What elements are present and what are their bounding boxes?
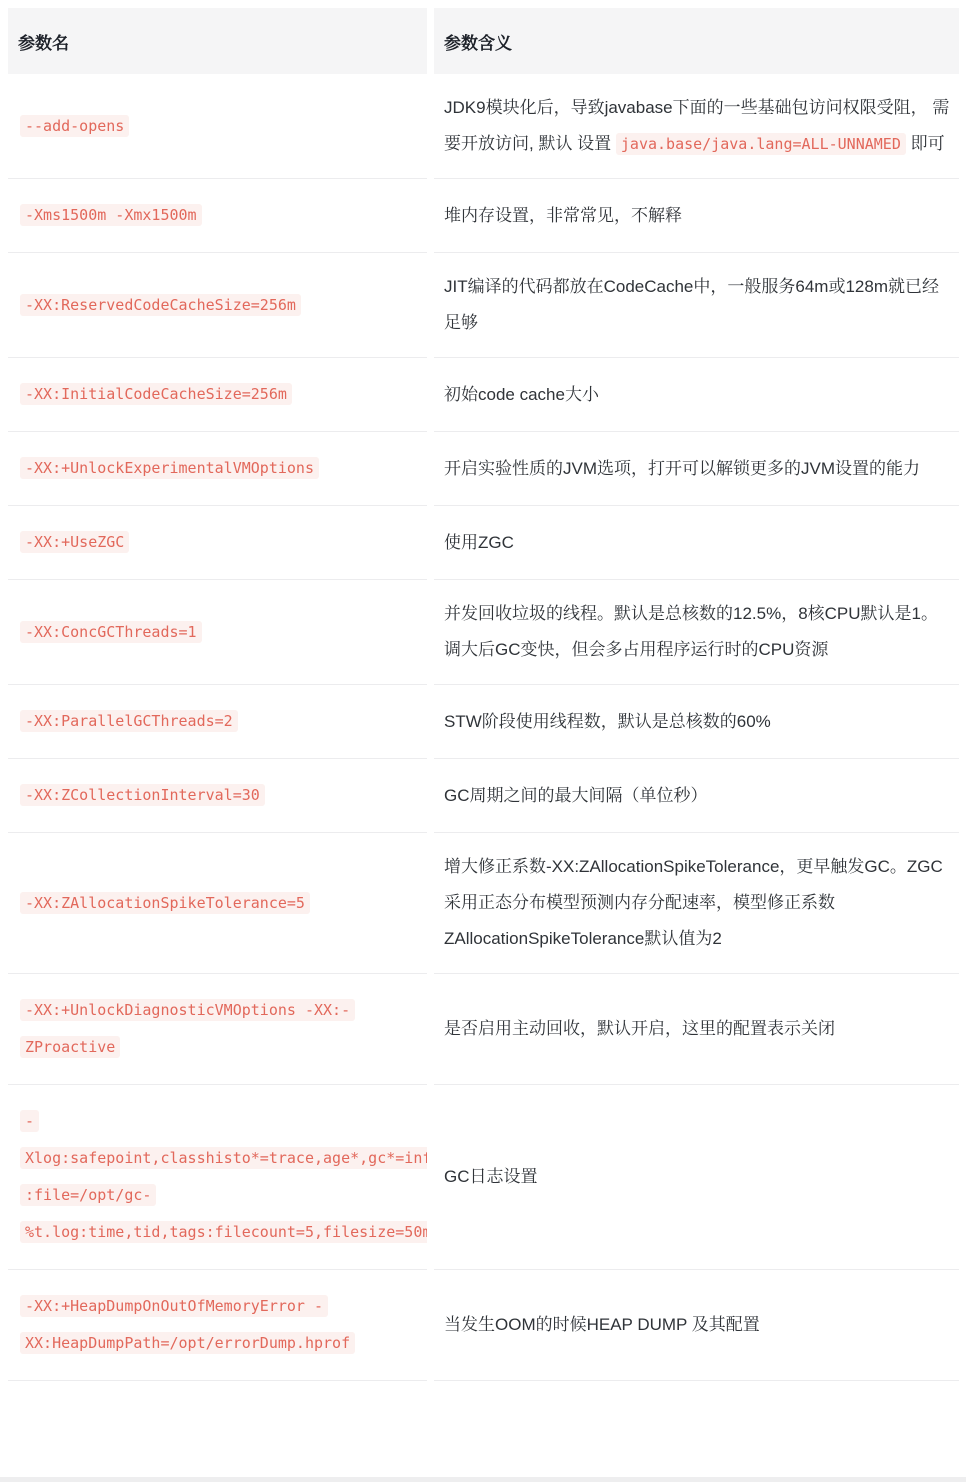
code-line: Xlog:safepoint,classhisto*=trace,age*,gc… xyxy=(20,1140,419,1177)
param-meaning-cell: 当发生OOM的时候HEAP DUMP 及其配置 xyxy=(434,1270,959,1381)
inline-code: --add-opens xyxy=(20,115,129,137)
param-description: STW阶段使用线程数，默认是总核数的60% xyxy=(444,704,951,740)
inline-code: Xlog:safepoint,classhisto*=trace,age*,gc… xyxy=(20,1147,445,1169)
param-description: 增大修正系数-XX:ZAllocationSpikeTolerance，更早触发… xyxy=(444,849,951,957)
param-meaning-cell: JIT编译的代码都放在CodeCache中，一般服务64m或128m就已经足够 xyxy=(434,253,959,358)
param-description: GC日志设置 xyxy=(444,1159,951,1195)
inline-code: -Xms1500m -Xmx1500m xyxy=(20,204,202,226)
column-gap xyxy=(427,580,434,685)
table-row: -XX:InitialCodeCacheSize=256m初始code cach… xyxy=(8,358,959,432)
param-name-cell: -XX:ZCollectionInterval=30 xyxy=(8,759,427,833)
param-name-cell: -Xms1500m -Xmx1500m xyxy=(8,179,427,253)
table-row: -XX:ReservedCodeCacheSize=256mJIT编译的代码都放… xyxy=(8,253,959,358)
code-line: -XX:ZCollectionInterval=30 xyxy=(20,777,419,814)
column-gap xyxy=(427,1270,434,1381)
param-name-cell: -XX:ReservedCodeCacheSize=256m xyxy=(8,253,427,358)
table-row: -XX:+UnlockDiagnosticVMOptions -XX:-ZPro… xyxy=(8,974,959,1085)
param-meaning-cell: 是否启用主动回收，默认开启，这里的配置表示关闭 xyxy=(434,974,959,1085)
param-name-cell: -XX:ConcGCThreads=1 xyxy=(8,580,427,685)
param-name-cell: -XX:+UnlockDiagnosticVMOptions -XX:-ZPro… xyxy=(8,974,427,1085)
table-row: -XX:ZAllocationSpikeTolerance=5增大修正系数-XX… xyxy=(8,833,959,974)
inline-code: -XX:ReservedCodeCacheSize=256m xyxy=(20,294,301,316)
param-description: JIT编译的代码都放在CodeCache中，一般服务64m或128m就已经足够 xyxy=(444,269,951,341)
inline-code: XX:HeapDumpPath=/opt/errorDump.hprof xyxy=(20,1332,355,1354)
code-line: -XX:+UnlockExperimentalVMOptions xyxy=(20,450,419,487)
next-row-partial-strip xyxy=(0,1477,966,1482)
param-meaning-cell: GC周期之间的最大间隔（单位秒） xyxy=(434,759,959,833)
column-header-param-name: 参数名 xyxy=(8,8,427,74)
code-line: -XX:InitialCodeCacheSize=256m xyxy=(20,376,419,413)
table-row: -XX:ParallelGCThreads=2STW阶段使用线程数，默认是总核数… xyxy=(8,685,959,759)
column-gap xyxy=(427,759,434,833)
param-meaning-cell: GC日志设置 xyxy=(434,1085,959,1270)
param-name-cell: -XX:+HeapDumpOnOutOfMemoryError -XX:Heap… xyxy=(8,1270,427,1381)
param-meaning-cell: 初始code cache大小 xyxy=(434,358,959,432)
param-description: 并发回收垃圾的线程。默认是总核数的12.5%，8核CPU默认是1。调大后GC变快… xyxy=(444,596,951,668)
inline-code: -XX:ZAllocationSpikeTolerance=5 xyxy=(20,892,310,914)
param-meaning-cell: 使用ZGC xyxy=(434,506,959,580)
param-meaning-cell: 堆内存设置，非常常见，不解释 xyxy=(434,179,959,253)
param-description: 开启实验性质的JVM选项，打开可以解锁更多的JVM设置的能力 xyxy=(444,451,951,487)
param-description: JDK9模块化后，导致javabase下面的一些基础包访问权限受阻， 需要开放访… xyxy=(444,90,951,162)
column-gap xyxy=(427,253,434,358)
table-row: --add-opensJDK9模块化后，导致javabase下面的一些基础包访问… xyxy=(8,74,959,179)
param-description: 是否启用主动回收，默认开启，这里的配置表示关闭 xyxy=(444,1011,951,1047)
code-line: -XX:ReservedCodeCacheSize=256m xyxy=(20,287,419,324)
param-meaning-cell: 增大修正系数-XX:ZAllocationSpikeTolerance，更早触发… xyxy=(434,833,959,974)
column-gap xyxy=(427,432,434,506)
table-row: -Xms1500m -Xmx1500m堆内存设置，非常常见，不解释 xyxy=(8,179,959,253)
column-gap xyxy=(427,506,434,580)
column-gap xyxy=(427,974,434,1085)
param-description: GC周期之间的最大间隔（单位秒） xyxy=(444,778,951,814)
inline-code: java.base/java.lang=ALL-UNNAMED xyxy=(616,133,906,155)
column-header-param-meaning: 参数含义 xyxy=(434,8,959,74)
param-name-cell: -XX:ZAllocationSpikeTolerance=5 xyxy=(8,833,427,974)
code-line: -XX:+UseZGC xyxy=(20,524,419,561)
table-row: -XX:ZCollectionInterval=30GC周期之间的最大间隔（单位… xyxy=(8,759,959,833)
inline-code: ZProactive xyxy=(20,1036,120,1058)
code-line: - xyxy=(20,1103,419,1140)
param-name-cell: -XX:+UseZGC xyxy=(8,506,427,580)
inline-code: -XX:ParallelGCThreads=2 xyxy=(20,710,238,732)
table-row: -XX:ConcGCThreads=1并发回收垃圾的线程。默认是总核数的12.5… xyxy=(8,580,959,685)
param-meaning-cell: STW阶段使用线程数，默认是总核数的60% xyxy=(434,685,959,759)
inline-code: -XX:+UseZGC xyxy=(20,531,129,553)
param-description: 当发生OOM的时候HEAP DUMP 及其配置 xyxy=(444,1307,951,1343)
code-line: :file=/opt/gc- xyxy=(20,1177,419,1214)
jvm-zgc-params-table: 参数名 参数含义 --add-opensJDK9模块化后，导致javabase下… xyxy=(0,0,966,1381)
param-meaning-cell: 开启实验性质的JVM选项，打开可以解锁更多的JVM设置的能力 xyxy=(434,432,959,506)
inline-code: :file=/opt/gc- xyxy=(20,1184,156,1206)
table-row: -XX:+UseZGC使用ZGC xyxy=(8,506,959,580)
inline-code: -XX:+UnlockDiagnosticVMOptions -XX:- xyxy=(20,999,355,1021)
code-line: -XX:+UnlockDiagnosticVMOptions -XX:- xyxy=(20,992,419,1029)
table-row: -XX:+HeapDumpOnOutOfMemoryError -XX:Heap… xyxy=(8,1270,959,1381)
param-meaning-cell: 并发回收垃圾的线程。默认是总核数的12.5%，8核CPU默认是1。调大后GC变快… xyxy=(434,580,959,685)
param-name-cell: -XX:ParallelGCThreads=2 xyxy=(8,685,427,759)
table-header-row: 参数名 参数含义 xyxy=(8,8,959,74)
table-body: --add-opensJDK9模块化后，导致javabase下面的一些基础包访问… xyxy=(8,74,959,1381)
column-gap xyxy=(427,74,434,179)
column-gap xyxy=(427,685,434,759)
code-line: -Xms1500m -Xmx1500m xyxy=(20,197,419,234)
param-meaning-cell: JDK9模块化后，导致javabase下面的一些基础包访问权限受阻， 需要开放访… xyxy=(434,74,959,179)
inline-code: -XX:ConcGCThreads=1 xyxy=(20,621,202,643)
code-line: --add-opens xyxy=(20,108,419,145)
column-gap xyxy=(427,179,434,253)
column-gap xyxy=(427,8,434,74)
inline-code: -XX:InitialCodeCacheSize=256m xyxy=(20,383,292,405)
param-description: 使用ZGC xyxy=(444,525,951,561)
code-line: XX:HeapDumpPath=/opt/errorDump.hprof xyxy=(20,1325,419,1362)
code-line: -XX:+HeapDumpOnOutOfMemoryError - xyxy=(20,1288,419,1325)
param-description: 初始code cache大小 xyxy=(444,377,951,413)
param-name-cell: -XX:+UnlockExperimentalVMOptions xyxy=(8,432,427,506)
inline-code: %t.log:time,tid,tags:filecount=5,filesiz… xyxy=(20,1221,436,1243)
inline-code: - xyxy=(20,1110,39,1132)
param-description: 堆内存设置，非常常见，不解释 xyxy=(444,198,951,234)
code-line: %t.log:time,tid,tags:filecount=5,filesiz… xyxy=(20,1214,419,1251)
column-gap xyxy=(427,833,434,974)
table-row: -Xlog:safepoint,classhisto*=trace,age*,g… xyxy=(8,1085,959,1270)
code-line: -XX:ConcGCThreads=1 xyxy=(20,614,419,651)
column-gap xyxy=(427,358,434,432)
inline-code: -XX:+HeapDumpOnOutOfMemoryError - xyxy=(20,1295,328,1317)
inline-code: -XX:+UnlockExperimentalVMOptions xyxy=(20,457,319,479)
param-name-cell: -XX:InitialCodeCacheSize=256m xyxy=(8,358,427,432)
code-line: -XX:ZAllocationSpikeTolerance=5 xyxy=(20,885,419,922)
inline-code: -XX:ZCollectionInterval=30 xyxy=(20,784,265,806)
code-line: ZProactive xyxy=(20,1029,419,1066)
param-name-cell: -Xlog:safepoint,classhisto*=trace,age*,g… xyxy=(8,1085,427,1270)
param-name-cell: --add-opens xyxy=(8,74,427,179)
table-row: -XX:+UnlockExperimentalVMOptions开启实验性质的J… xyxy=(8,432,959,506)
code-line: -XX:ParallelGCThreads=2 xyxy=(20,703,419,740)
column-gap xyxy=(427,1085,434,1270)
